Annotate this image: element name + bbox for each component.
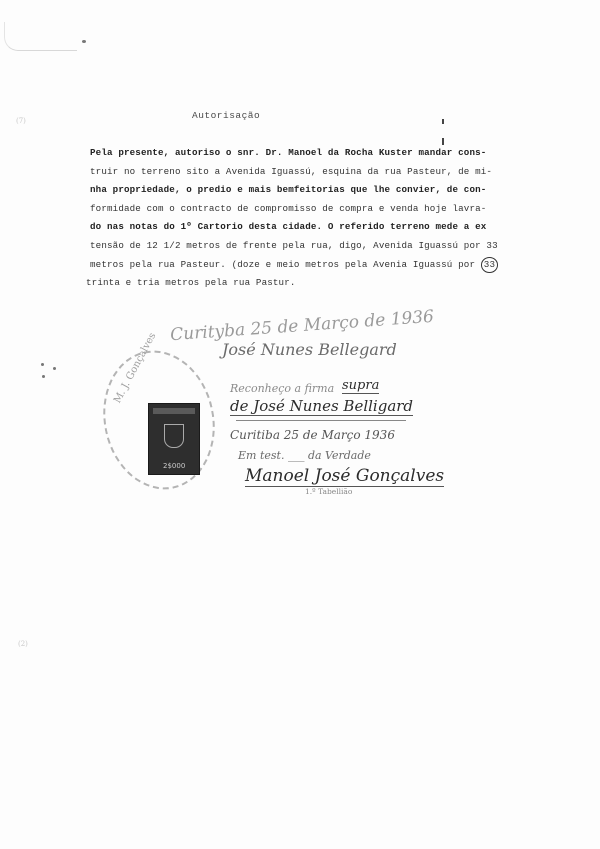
authorization-paragraph: Pela presente, autoriso o snr. Dr. Manoe… bbox=[90, 144, 530, 293]
notary-title: 1.º Tabellião bbox=[305, 487, 352, 496]
handwritten-signature-2: de José Nunes Belligard bbox=[230, 397, 413, 416]
coat-of-arms-icon bbox=[164, 424, 184, 448]
handwritten-signature-1: José Nunes Bellegard bbox=[222, 340, 397, 359]
testimony-line: Em test. ___ da Verdade bbox=[238, 449, 371, 462]
paragraph-line: metros pela rua Pasteur. (doze e meio me… bbox=[90, 256, 530, 275]
recognition-label: Reconheço a firma bbox=[230, 382, 334, 395]
paragraph-line: do nas notas do 1º Cartorio desta cidade… bbox=[90, 218, 530, 237]
paragraph-line: truir no terreno sito a Avenida Iguassú,… bbox=[90, 163, 530, 182]
ink-speck bbox=[42, 375, 45, 378]
stamp-header bbox=[153, 408, 195, 414]
notary-signature: Manoel José Gonçalves bbox=[245, 466, 444, 487]
ink-speck bbox=[82, 40, 86, 43]
notary-date: Curitiba 25 de Março 1936 bbox=[230, 428, 395, 442]
recognition-mark: supra bbox=[342, 378, 379, 394]
divider-line bbox=[236, 420, 406, 421]
scan-edge-mark bbox=[4, 22, 77, 51]
circled-number: 33 bbox=[481, 257, 498, 273]
paragraph-line: formidade com o contracto de compromisso… bbox=[90, 200, 530, 219]
pen-tick-mark bbox=[442, 119, 444, 124]
revenue-stamp: 2$000 bbox=[148, 403, 200, 475]
document-title: Autorisação bbox=[192, 110, 260, 121]
ink-speck bbox=[53, 367, 56, 370]
paragraph-line: Pela presente, autoriso o snr. Dr. Manoe… bbox=[90, 144, 530, 163]
paragraph-line: trinta e tria metros pela rua Pastur. bbox=[86, 274, 530, 293]
ink-speck bbox=[41, 363, 44, 366]
margin-number-bottom: (2) bbox=[18, 640, 28, 648]
stamp-value: 2$000 bbox=[163, 462, 185, 470]
paragraph-line: tensão de 12 1/2 metros de frente pela r… bbox=[90, 237, 530, 256]
paragraph-line-text: metros pela rua Pasteur. (doze e meio me… bbox=[90, 259, 475, 270]
document-page: (7) (2) Autorisação Pela presente, autor… bbox=[0, 0, 600, 849]
paragraph-line: nha propriedade, o predio e mais bemfeit… bbox=[90, 181, 530, 200]
margin-number-top: (7) bbox=[16, 117, 26, 125]
